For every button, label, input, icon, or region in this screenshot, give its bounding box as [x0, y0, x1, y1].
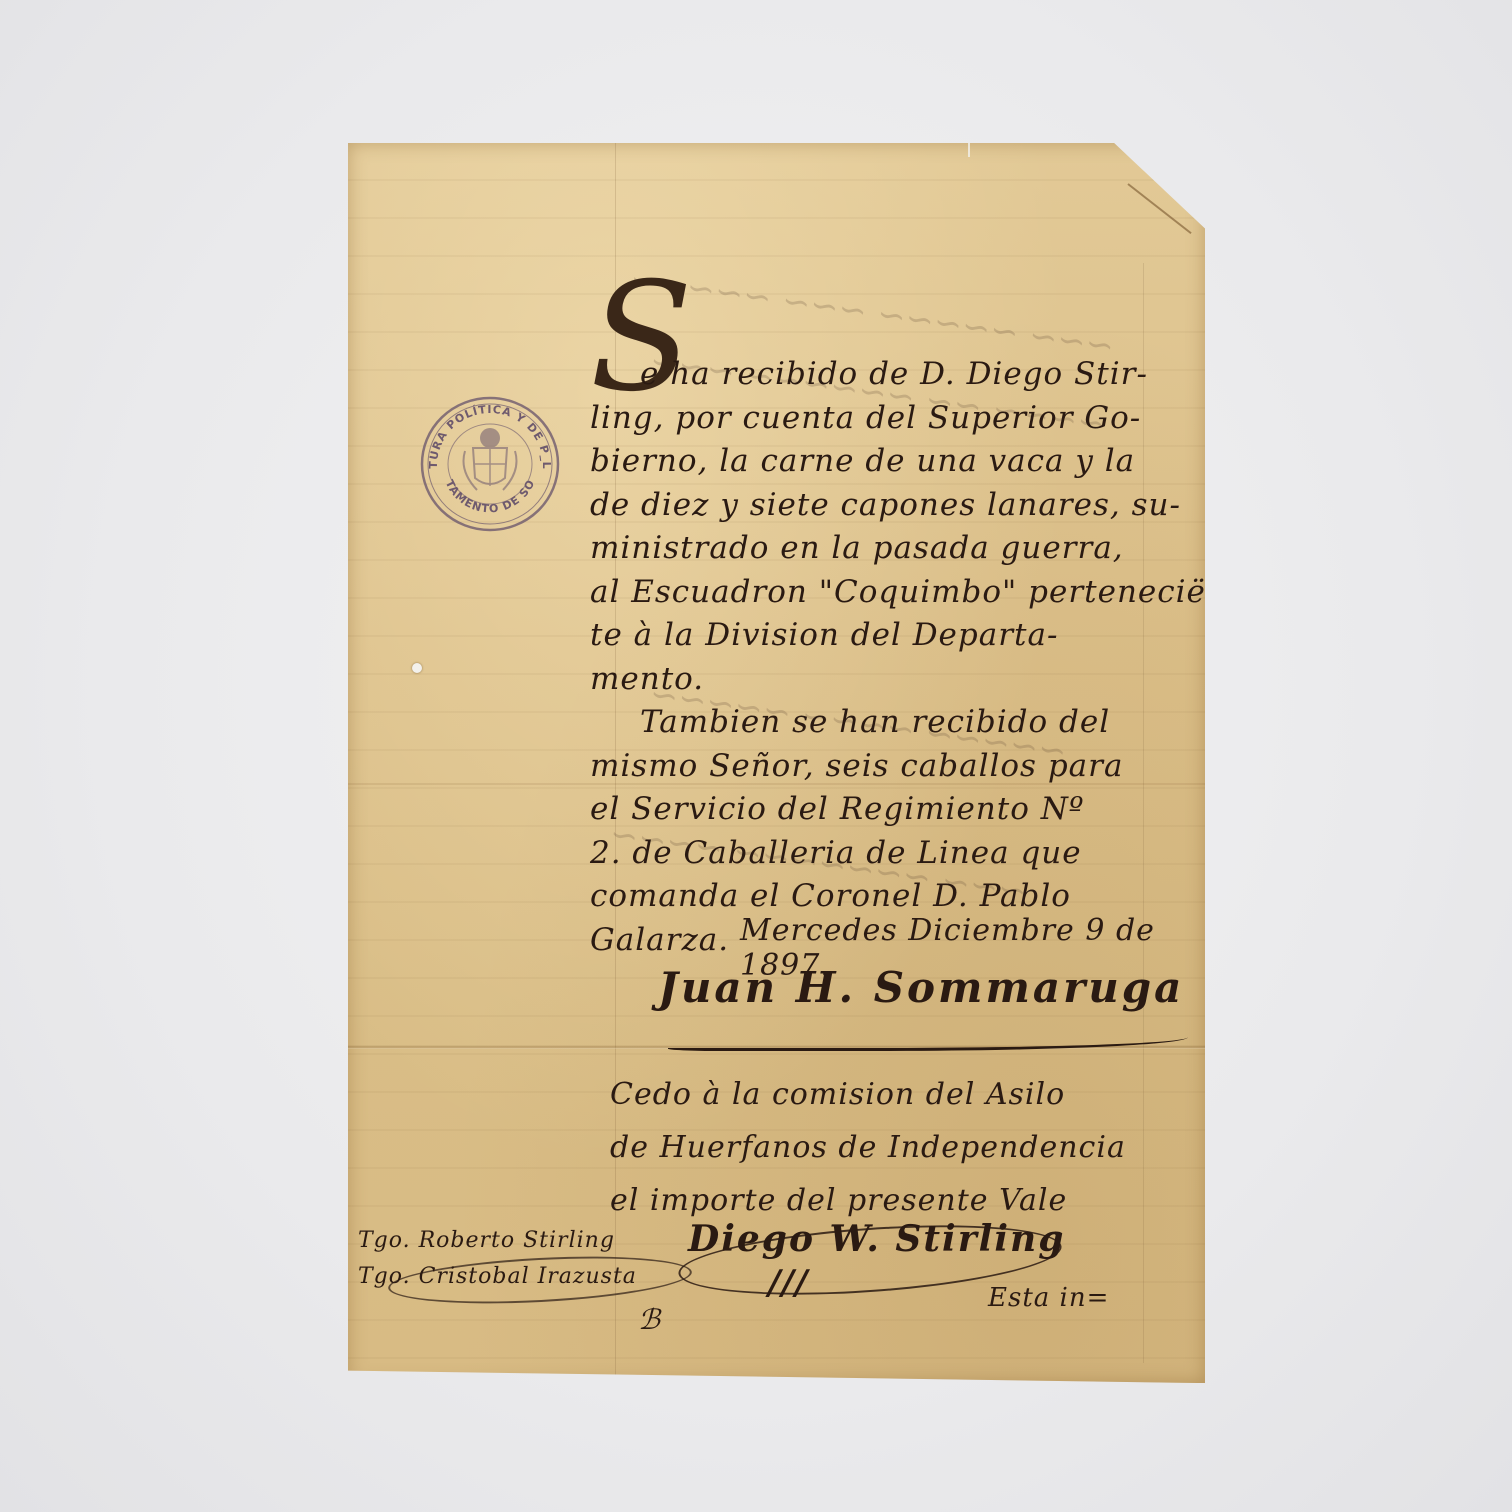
document-paper: ~~~ ~~~~~ ~~~ ~~~~~ ~~~~ ~~ ~~~~~~ ~~~ ~… [348, 143, 1205, 1383]
cession-text: Cedo à la comision del Asilo de Huerfano… [610, 1068, 1126, 1227]
body-line: de diez y siete capones lanares, su- [590, 484, 1150, 528]
official-seal: JEFATURA POLÍTICA Y DE P_LICIA DEPARTAME… [415, 386, 565, 536]
body-line: e ha recibido de D. Diego Stir- [590, 353, 1150, 397]
signature-stirling: Diego W. Stirling [688, 1218, 1065, 1260]
body-line: ling, por cuenta del Superior Go- [590, 397, 1150, 441]
punch-hole [412, 663, 422, 673]
body-line: el Servicio del Regimiento Nº [590, 788, 1150, 832]
body-line: mento. [590, 658, 1150, 702]
cession-line: de Huerfanos de Independencia [610, 1121, 1126, 1174]
signature-sommaruga: Juan H. Sommaruga [658, 963, 1184, 1012]
witness-paraph: ℬ [638, 1303, 661, 1336]
edge-tear [968, 143, 970, 157]
body-line: mismo Señor, seis caballos para [590, 745, 1150, 789]
closing-note: Esta in= [988, 1283, 1109, 1313]
body-line: ministrado en la pasada guerra, [590, 527, 1150, 571]
seal-stamp-icon: JEFATURA POLÍTICA Y DE P_LICIA DEPARTAME… [415, 386, 565, 536]
body-line: comanda el Coronel D. Pablo [590, 875, 1150, 919]
receipt-body: e ha recibido de D. Diego Stir- ling, po… [590, 353, 1150, 962]
body-line: 2. de Caballeria de Linea que [590, 832, 1150, 876]
body-line: Tambien se han recibido del [590, 701, 1150, 745]
body-line: te à la Division del Departa- [590, 614, 1150, 658]
body-line: al Escuadron "Coquimbo" perteneciën- [590, 571, 1150, 615]
signature-marks: /// [768, 1263, 808, 1303]
cession-line: Cedo à la comision del Asilo [610, 1068, 1126, 1121]
witness-line: Tgo. Roberto Stirling [358, 1223, 637, 1259]
body-line: bierno, la carne de una vaca y la [590, 440, 1150, 484]
witness-line: Tgo. Cristobal Irazusta [358, 1259, 637, 1295]
witness-signatures: Tgo. Roberto Stirling Tgo. Cristobal Ira… [358, 1223, 637, 1295]
